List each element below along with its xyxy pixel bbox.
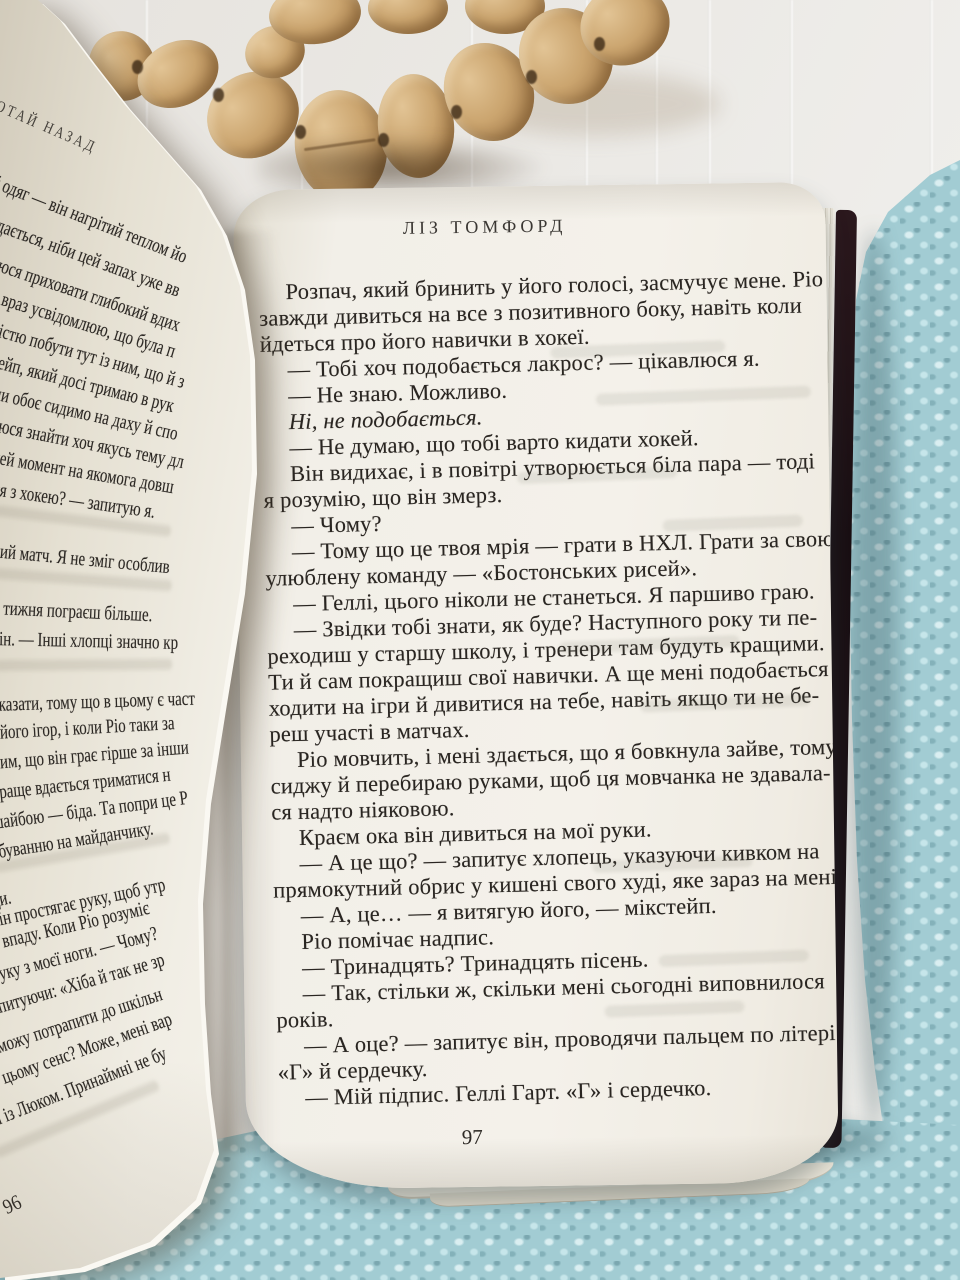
left-page-text-line: він. — Інші хлопці значно кр <box>0 628 178 655</box>
left-page-text-line: о тижня пограєш більше. <box>0 597 153 627</box>
bleed-through-smudge <box>0 1080 160 1159</box>
page-number-96: 96 <box>0 1190 25 1220</box>
bleed-through-smudge <box>0 659 172 671</box>
book-photo: ЛІЗ ТОМФОРД Розпач, який бринить у його … <box>0 0 960 1280</box>
left-page-wrap: ОТАЙ НАЗАД й одяг — він нагрітий теплом … <box>0 0 960 1280</box>
left-page-running-header: ОТАЙ НАЗАД <box>0 98 99 158</box>
